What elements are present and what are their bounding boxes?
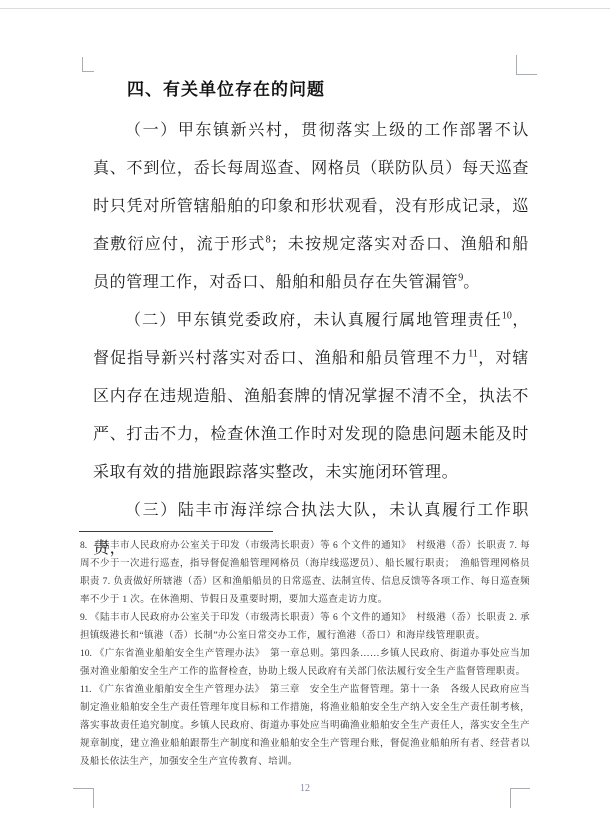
- footnotes-section: 8. 《陆丰市人民政府办公室关于印发（市级湾长职责）等 6 个文件的通知》 村级…: [80, 537, 530, 771]
- footnote-text: 《广东省渔业船舶安全生产管理办法》 第三章 安全生产监督管理。第十一条 各级人民…: [80, 685, 530, 767]
- footnote-text: 《陆丰市人民政府办公室关于印发（市级湾长职责）等 6 个文件的通知》 村级港（岙…: [80, 541, 530, 605]
- footnote-11: 11. 《广东省渔业船舶安全生产管理办法》 第三章 安全生产监督管理。第十一条 …: [80, 681, 530, 771]
- footnote-number: 10.: [80, 649, 92, 659]
- text-run: 。: [463, 274, 480, 291]
- footnote-ref-11: 11: [468, 349, 478, 360]
- footnote-ref-10: 10: [502, 311, 512, 322]
- footnote-8: 8. 《陆丰市人民政府办公室关于印发（市级湾长职责）等 6 个文件的通知》 村级…: [80, 537, 530, 609]
- footnote-separator-line: [79, 531, 273, 532]
- footnote-text: 《广东省渔业船舶安全生产管理办法》 第一章总则。第四条……乡镇人民政府、街道办事…: [80, 649, 530, 677]
- text-run: ，对辖区内存在违规造船、渔船套牌的情况掌握不清不全，执法不严、打击不力，检查休渔…: [93, 350, 529, 481]
- text-run: （一）甲东镇新兴村，贯彻落实上级的工作部署不认真、不到位，岙长每周巡查、网格员（…: [93, 122, 529, 253]
- text-run: （二）甲东镇党委政府，未认真履行属地管理责任: [125, 312, 502, 329]
- page-number: 12: [0, 783, 610, 794]
- document-page: 四、有关单位存在的问题 （一）甲东镇新兴村，贯彻落实上级的工作部署不认真、不到位…: [0, 0, 610, 837]
- footnote-text: 《陆丰市人民政府办公室关于印发（市级湾长职责）等 6 个文件的通知》 村级港（岙…: [80, 613, 530, 641]
- margin-crop-mark-top-left: [82, 57, 94, 72]
- page-top-edge: [0, 8, 610, 9]
- footnote-9: 9. 《陆丰市人民政府办公室关于印发（市级湾长职责）等 6 个文件的通知》 村级…: [80, 609, 530, 645]
- footnote-number: 9.: [80, 613, 87, 623]
- margin-crop-mark-top-right: [516, 55, 537, 75]
- footnote-number: 11.: [80, 685, 92, 695]
- section-heading: 四、有关单位存在的问题: [93, 78, 529, 102]
- footnote-number: 8.: [80, 541, 87, 551]
- document-body: 四、有关单位存在的问题 （一）甲东镇新兴村，贯彻落实上级的工作部署不认真、不到位…: [93, 78, 529, 568]
- paragraph-2: （二）甲东镇党委政府，未认真履行属地管理责任10，督促指导新兴村落实对岙口、渔船…: [93, 302, 529, 492]
- footnote-10: 10. 《广东省渔业船舶安全生产管理办法》 第一章总则。第四条……乡镇人民政府、…: [80, 645, 530, 681]
- paragraph-1: （一）甲东镇新兴村，贯彻落实上级的工作部署不认真、不到位，岙长每周巡查、网格员（…: [93, 112, 529, 302]
